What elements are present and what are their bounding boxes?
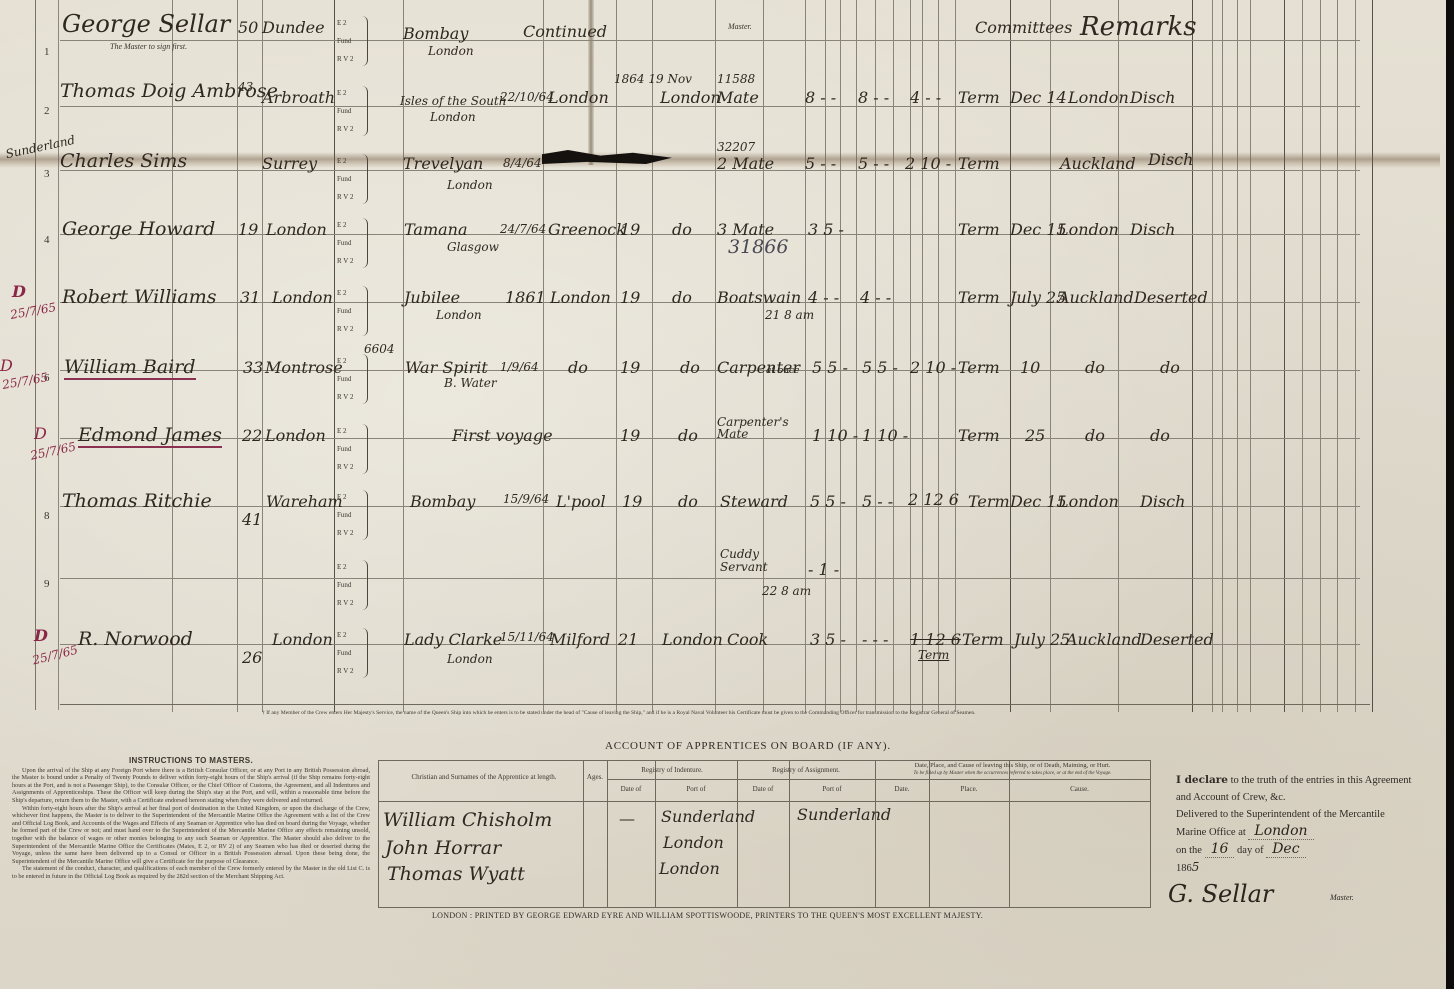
crew-capacity: Cook [727,630,768,649]
committee-heading: Committees [975,18,1072,37]
crew-port: London [550,288,611,307]
header-leaving-note: To be filled up by Master when the occur… [875,771,1150,776]
apprentice-indenture-date: — [619,809,635,828]
crew-birthplace: London [265,426,326,445]
crew-name: George Howard [62,218,215,240]
crew-last-ship: War Spirit [405,358,488,377]
header-place: Place. [929,785,1009,793]
crew-ship-date: 1/9/64 [500,360,539,374]
apprentice-name: John Horrar [385,837,501,859]
crew-ship-date: 15/9/64 [503,492,549,506]
document-page: The Master to sign first. Master. Contin… [0,0,1448,989]
row-number: 4 [44,234,50,246]
crew-birthplace: London [272,630,333,649]
scan-border [1446,0,1454,989]
fund-number: 6604 [364,342,395,356]
instructions-title: INSTRUCTIONS TO MASTERS. [12,757,370,765]
crew-join-date: 1864 19 Nov [614,72,692,86]
crew-leave-place: Auckland [1058,288,1134,307]
header-indenture-port: Port of [655,785,737,793]
crew-port: L'pool [556,492,606,511]
crew-port: Milford [550,630,610,649]
crew-wages: 5 - - [805,154,836,173]
discharge-mark: D [34,626,48,645]
crew-advance: 1 10 - [862,426,908,445]
crew-advance: 5 5 - [862,358,898,377]
crew-wages: 4 - - [808,288,839,307]
apprentices-table: Christian and Surnames of the Apprentice… [378,760,1151,908]
apprentice-indenture-port: London [659,859,720,878]
crew-ship-date: 15/11/64 [500,630,554,644]
apprentices-title: ACCOUNT OF APPRENTICES ON BOARD (IF ANY)… [605,740,891,752]
fund-labels: E 2FundR V 2 [337,284,353,338]
crew-leave-cause: do [1160,358,1180,377]
crew-last-ship: Lady Clarke [404,630,502,649]
apprentice-assignment-port: Sunderland [797,805,891,824]
crew-join-place: do [672,220,692,239]
margin-rule [35,0,36,710]
row-number: 9 [44,578,50,590]
crew-release: Term [962,630,1004,649]
fund-labels: E 2FundR V 2 [337,422,353,476]
fund-labels: E 2FundR V 2 [337,14,353,68]
crew-age: 41 [242,510,262,529]
crew-ticket: 31866 [728,236,788,258]
continued-note: Continued [523,22,607,41]
crew-last-ship: Tamana [404,220,468,239]
header-apprentice-name: Christian and Surnames of the Apprentice… [389,773,579,781]
crew-advance: 5 - - [858,154,889,173]
crew-age: 50 [238,18,258,37]
crew-join-place: do [680,358,700,377]
master-sign-first-caption: The Master to sign first. [110,42,187,51]
crew-last-ship: Bombay [410,492,475,511]
crew-name: George Sellar [62,10,230,38]
master-signature: G. Sellar [1168,880,1273,908]
crew-allotment: 4 - - [910,88,941,107]
crew-birthplace: Arbroath [262,88,335,107]
office-field: London [1248,823,1313,840]
crew-capacity: Steward [720,492,788,511]
crew-last-ship: Isles of the South [400,94,506,108]
crew-name: Charles Sims [60,150,187,172]
fund-labels: E 2FundR V 2 [337,352,353,406]
crew-leave-place: London [1068,88,1129,107]
crew-join-place: do [672,288,692,307]
header-assignment-port: Port of [789,785,875,793]
instructions-to-masters: INSTRUCTIONS TO MASTERS. Upon the arriva… [12,757,370,881]
crew-release: Term [958,426,1000,445]
crew-capacity: Boatswain [717,288,801,307]
row-number: 8 [44,510,50,522]
discharge-date: 25/7/65 [31,643,79,668]
apprentice-name: William Chisholm [383,809,552,831]
discharge-date: 25/7/65 [9,300,57,322]
instructions-paragraph: Within forty-eight hours after the Ship'… [12,805,370,866]
remarks-heading: Remarks [1080,12,1197,42]
crew-leave-cause: Disch [1148,150,1193,169]
fund-labels: E 2FundR V 2 [337,84,353,138]
crew-name: Edmond James [78,424,222,448]
fund-labels: E 2FundR V 2 [337,216,353,270]
row-number: 3 [44,168,50,180]
crew-leave-cause: Disch [1130,88,1175,107]
crew-name: Robert Williams [62,286,217,308]
crew-port: London [548,88,609,107]
header-leaving: Date, Place, and Cause of leaving this S… [875,762,1150,769]
crew-name: R. Norwood [78,628,193,650]
master-label: Master. [1330,893,1354,902]
crew-ship-date: 8/4/64 [503,156,542,170]
crew-release: Term [958,88,1000,107]
crew-wages: - 1 - [808,560,839,579]
fund-labels: E 2FundR V 2 [337,488,353,542]
discharge-mark: D [0,356,13,375]
crew-leave-place: do [1085,358,1105,377]
row-number: 1 [44,46,50,58]
apprentice-indenture-port: Sunderland [661,807,755,826]
apprentice-name: Thomas Wyatt [387,863,525,885]
crew-name: Thomas Ritchie [62,490,212,512]
header-assignment-date: Date of [737,785,789,793]
crew-advance: - - - [862,630,888,649]
crew-last-ship-port: London [447,178,493,192]
crew-birthplace: Dundee [262,18,325,37]
discharge-mark: D [34,424,47,443]
header-assignment: Registry of Assignment. [737,766,875,774]
crew-wages: 3 5 - [810,630,846,649]
header-ages: Ages. [583,773,607,781]
crew-release: Term [958,220,1000,239]
month-field: Dec [1266,841,1305,858]
crew-birthplace: Montrose [265,358,343,377]
crew-join-place: do [678,492,698,511]
crew-birthplace: London [266,220,327,239]
crew-leave-cause: Disch [1140,492,1185,511]
crew-age: 26 [242,648,262,667]
crew-name: William Baird [64,356,196,380]
crew-leave-cause: do [1150,426,1170,445]
crew-time: 21 8 am [765,308,814,322]
crew-age: 19 [238,220,258,239]
master-caption: Master. [728,22,752,31]
crew-leave-date: 25 [1025,426,1045,445]
crew-last-ship-port: London [428,44,474,58]
footnote: † If any Member of the Crew enters Her M… [262,710,976,716]
crew-last-ship-port: London [447,652,493,666]
apprentice-indenture-port: London [663,833,724,852]
crew-time: at once [766,366,799,376]
header-indenture-date: Date of [607,785,655,793]
crew-last-ship: Bombay [403,24,468,43]
fund-labels: E 2FundR V 2 [337,558,353,612]
crew-leave-cause: Disch [1130,220,1175,239]
crew-allotment: 1 12 6 [910,630,961,649]
crew-last-ship: Trevelyan [403,154,483,173]
crew-age: 22 [242,426,262,445]
crew-capacity: Mate [717,88,759,107]
crew-join-date: 19 [622,492,642,511]
crew-ship-date: 24/7/64 [500,222,546,236]
crew-leave-place: London [1058,220,1119,239]
crew-join-date: 19 [620,358,640,377]
crew-allotment-note: Term [918,648,949,662]
crew-advance: 8 - - [858,88,889,107]
printer-imprint: LONDON : PRINTED BY GEORGE EDWARD EYRE A… [432,911,983,920]
header-indenture: Registry of Indenture. [607,766,737,774]
crew-allotment: 2 10 - [910,358,956,377]
crew-advance: 4 - - [860,288,891,307]
year-field: 5 [1192,860,1200,874]
crew-ship-date: 1861 [505,288,546,307]
crew-allotment: 2 10 - [905,154,951,173]
crew-wages: 8 - - [805,88,836,107]
crew-capacity: Cuddy Servant [720,548,780,574]
crew-ticket: 32207 [717,140,755,154]
crew-leave-place: Auckland [1066,630,1142,649]
instructions-paragraph: Upon the arrival of the Ship at any Fore… [12,767,370,805]
crew-leave-date: 10 [1020,358,1040,377]
crew-birthplace: London [272,288,333,307]
crew-last-ship-port: B. Water [444,376,497,390]
crew-allotment: 2 12 6 [908,490,959,509]
crew-leave-cause: Deserted [1140,630,1214,649]
crew-release: Term [968,492,1010,511]
day-field: 16 [1205,841,1235,858]
crew-join-place: London [660,88,721,107]
crew-leave-place: do [1085,426,1105,445]
crew-time: 22 8 am [762,584,811,598]
crew-release: Term [958,154,1000,173]
crew-age: 31 [240,288,260,307]
discharge-mark: D [12,282,26,301]
crew-release: Term [958,288,1000,307]
crew-capacity: 2 Mate [717,154,774,173]
crew-join-date: 19 [620,220,640,239]
crew-leave-date: July 25 [1014,630,1070,649]
crew-age: 43 [238,80,253,94]
crew-port: Greenock [548,220,626,239]
crew-release: Term [958,358,1000,377]
crew-wages: 1 10 - [812,426,858,445]
crew-leave-place: London [1058,492,1119,511]
crew-leave-place: Auckland [1060,154,1136,173]
crew-age: 33 [243,358,263,377]
crew-join-date: 19 [620,288,640,307]
crew-leave-cause: Deserted [1134,288,1208,307]
crew-wages: 3 5 - [808,220,844,239]
crew-last-ship: First voyage [452,426,553,445]
instructions-paragraph: The statement of the conduct, character,… [12,865,370,880]
crew-last-ship-port: London [430,110,476,124]
crew-advance: 5 - - [862,492,893,511]
crew-ticket: 11588 [717,72,755,86]
crew-port: do [568,358,588,377]
fund-labels: E 2FundR V 2 [337,152,353,206]
crew-leave-date: Dec 14 [1010,88,1067,107]
crew-ship-date: 22/10/64 [500,90,554,104]
crew-join-place: do [678,426,698,445]
header-cause: Cause. [1009,785,1150,793]
margin-rule [58,0,59,710]
crew-capacity: Carpenter's Mate [717,416,767,440]
header-date: Date. [875,785,929,793]
crew-last-ship-port: London [436,308,482,322]
crew-birthplace: Wareham [266,492,343,511]
row-number: 2 [44,105,50,117]
crew-join-date: 19 [620,426,640,445]
crew-birthplace: Surrey [262,154,317,173]
crew-wages: 5 5 - [812,358,848,377]
master-declaration: I declare to the truth of the entries in… [1176,772,1416,877]
crew-last-ship: Jubilee [404,288,460,307]
crew-join-place: London [662,630,723,649]
crew-wages: 5 5 - [810,492,846,511]
fund-labels: E 2FundR V 2 [337,626,353,680]
crew-join-date: 21 [618,630,638,649]
crew-last-ship-port: Glasgow [447,240,499,254]
